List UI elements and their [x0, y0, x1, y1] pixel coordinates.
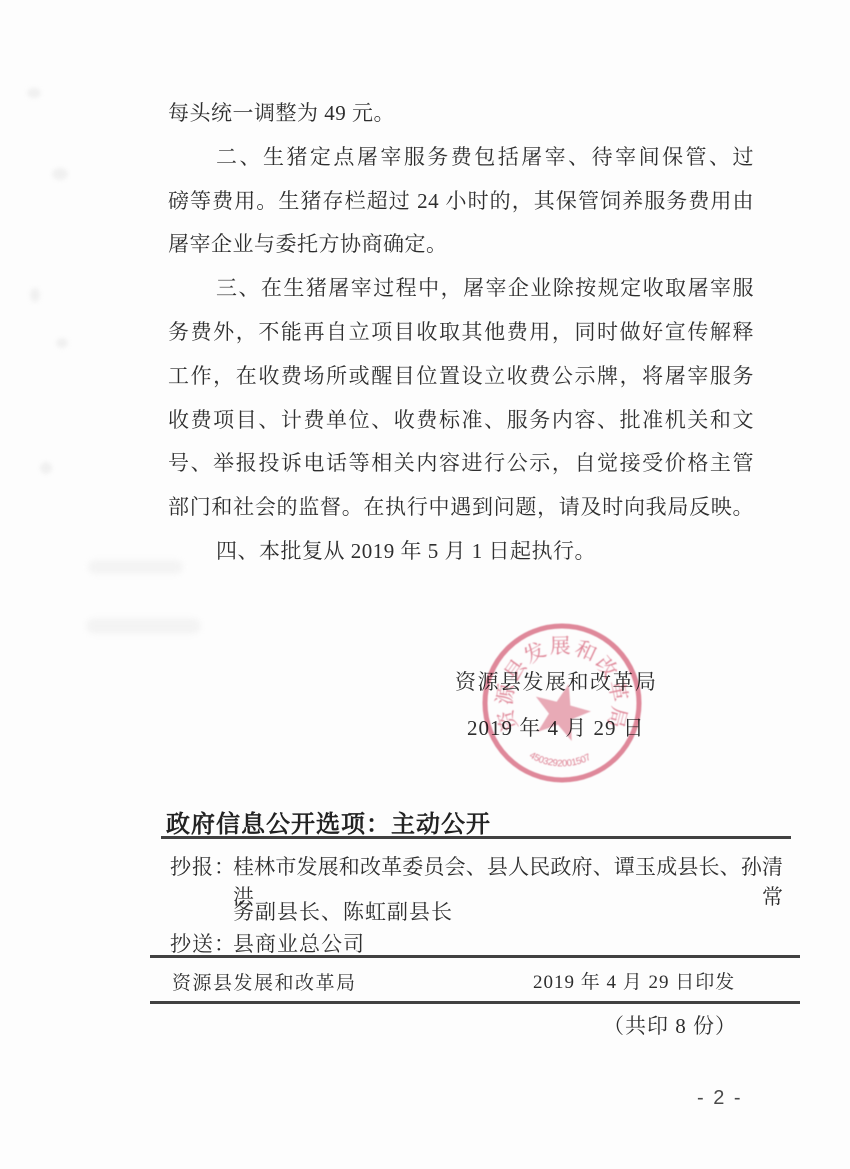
cc-send-label: 抄送： [170, 928, 236, 958]
body-line: 每头统一调整为 49 元。 [168, 92, 754, 136]
body-line: 二、生猪定点屠宰服务费包括屠宰、待宰间保管、过 [168, 136, 754, 180]
page-number: - 2 - [697, 1087, 743, 1110]
signature-agency: 资源县发展和改革局 [455, 666, 658, 696]
body-line: 务费外，不能再自立项目收取其他费用，同时做好宣传解释 [168, 311, 754, 355]
print-date: 2019 年 4 月 29 日印发 [533, 967, 735, 994]
svg-text:4503292001507: 4503292001507 [527, 750, 593, 769]
body-line: 号、举报投诉电话等相关内容进行公示，自觉接受价格主管 [168, 442, 754, 486]
body-line: 工作，在收费场所或醒目位置设立收费公示牌，将屠宰服务 [168, 355, 754, 399]
document-body: 每头统一调整为 49 元。 二、生猪定点屠宰服务费包括屠宰、待宰间保管、过 磅等… [168, 92, 754, 574]
divider-line [161, 836, 791, 839]
body-line: 三、在生猪屠宰过程中，屠宰企业除按规定收取屠宰服 [168, 267, 754, 311]
scan-smudge [56, 338, 68, 348]
publicity-option-label: 政府信息公开选项：主动公开 [166, 804, 491, 839]
body-line: 屠宰企业与委托方协商确定。 [168, 223, 754, 267]
scan-smudge [52, 168, 68, 180]
body-line: 磅等费用。生猪存栏超过 24 小时的，其保管饲养服务费用由 [168, 180, 754, 224]
seal-code: 4503292001507 [527, 750, 593, 769]
scan-smudge [27, 88, 41, 98]
divider-line [150, 1001, 800, 1004]
scan-streak [86, 618, 201, 634]
scan-smudge [40, 462, 52, 474]
scan-smudge [30, 288, 40, 302]
issuing-agency: 资源县发展和改革局 [172, 968, 357, 995]
signature-date: 2019 年 4 月 29 日 [467, 712, 645, 742]
document-page: 每头统一调整为 49 元。 二、生猪定点屠宰服务费包括屠宰、待宰间保管、过 磅等… [0, 0, 850, 1169]
body-line: 部门和社会的监督。在执行中遇到问题，请及时向我局反映。 [168, 486, 754, 530]
divider-line [150, 955, 800, 958]
body-line: 收费项目、计费单位、收费标准、服务内容、批准机关和文 [168, 399, 754, 443]
cc-report-label: 抄报： [170, 851, 236, 881]
copies-count: （共印 8 份） [603, 1010, 737, 1040]
body-line: 四、本批复从 2019 年 5 月 1 日起执行。 [168, 530, 754, 574]
cc-report-line: 务副县长、陈虹副县长 [233, 896, 453, 926]
seal-ring [485, 626, 639, 780]
cc-send-value: 县商业总公司 [233, 928, 365, 958]
